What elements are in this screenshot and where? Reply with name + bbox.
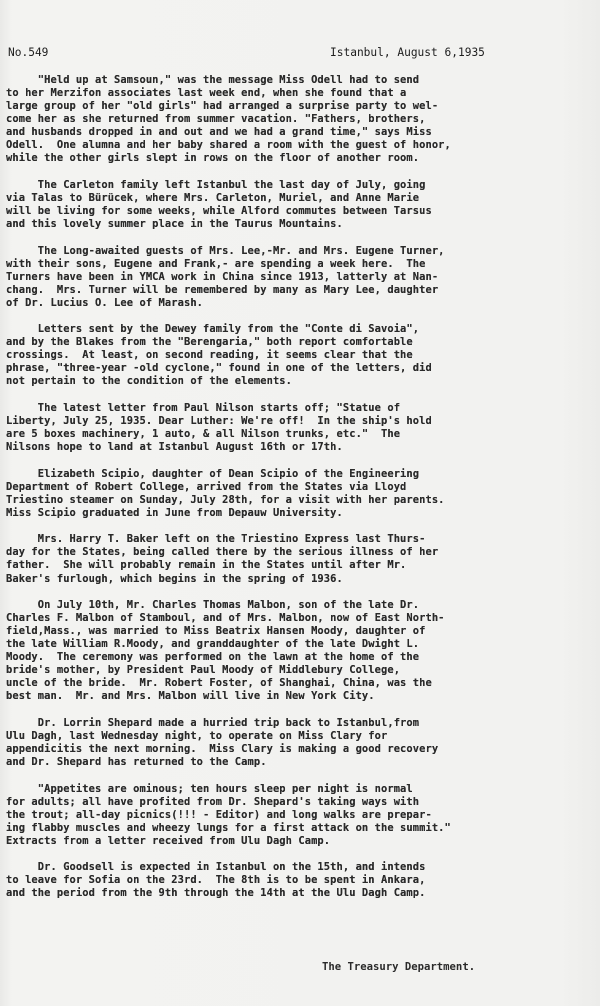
dateline: Istanbul, August 6,1935: [330, 46, 485, 59]
text-line: large group of her "old girls" had arran…: [6, 100, 566, 113]
text-line: Turners have been in YMCA work in China …: [6, 271, 566, 284]
text-line: The latest letter from Paul Nilson start…: [6, 402, 566, 415]
document-number: No.549: [8, 46, 48, 59]
text-line: of Dr. Lucius O. Lee of Marash.: [6, 297, 566, 310]
text-line: and the period from the 9th through the …: [6, 887, 566, 900]
text-line: father. She will probably remain in the …: [6, 559, 566, 572]
text-line: via Talas to Bürücek, where Mrs. Carleto…: [6, 192, 566, 205]
signature: The Treasury Department.: [322, 961, 475, 973]
text-line: Dr. Lorrin Shepard made a hurried trip b…: [6, 717, 566, 730]
paragraph: On July 10th, Mr. Charles Thomas Malbon,…: [6, 599, 566, 703]
paragraph: "Appetites are ominous; ten hours sleep …: [6, 783, 566, 848]
paragraph: Mrs. Harry T. Baker left on the Triestin…: [6, 533, 566, 585]
text-line: while the other girls slept in rows on t…: [6, 152, 566, 165]
text-line: uncle of the bride. Mr. Robert Foster, o…: [6, 677, 566, 690]
paragraph: The latest letter from Paul Nilson start…: [6, 402, 566, 454]
paragraph: Letters sent by the Dewey family from th…: [6, 323, 566, 388]
text-line: Letters sent by the Dewey family from th…: [6, 323, 566, 336]
paragraph: The Long-awaited guests of Mrs. Lee,-Mr.…: [6, 245, 566, 310]
text-line: the trout; all-day picnics(!!! - Editor)…: [6, 809, 566, 822]
text-line: day for the States, being called there b…: [6, 546, 566, 559]
text-line: are 5 boxes machinery, 1 auto, & all Nil…: [6, 428, 566, 441]
text-line: Triestino steamer on Sunday, July 28th, …: [6, 494, 566, 507]
paragraph: Elizabeth Scipio, daughter of Dean Scipi…: [6, 468, 566, 520]
text-line: and Dr. Shepard has returned to the Camp…: [6, 756, 566, 769]
text-line: bride's mother, by President Paul Moody …: [6, 664, 566, 677]
text-line: to her Merzifon associates last week end…: [6, 87, 566, 100]
text-line: Department of Robert College, arrived fr…: [6, 481, 566, 494]
text-line: Mrs. Harry T. Baker left on the Triestin…: [6, 533, 566, 546]
text-line: On July 10th, Mr. Charles Thomas Malbon,…: [6, 599, 566, 612]
text-line: "Appetites are ominous; ten hours sleep …: [6, 783, 566, 796]
text-line: Dr. Goodsell is expected in Istanbul on …: [6, 861, 566, 874]
text-line: "Held up at Samsoun," was the message Mi…: [6, 74, 566, 87]
text-line: appendicitis the next morning. Miss Clar…: [6, 743, 566, 756]
text-line: Ulu Dagh, last Wednesday night, to opera…: [6, 730, 566, 743]
paragraph: "Held up at Samsoun," was the message Mi…: [6, 74, 566, 165]
text-line: Miss Scipio graduated in June from Depau…: [6, 507, 566, 520]
text-line: to leave for Sofia on the 23rd. The 8th …: [6, 874, 566, 887]
text-line: with their sons, Eugene and Frank,- are …: [6, 258, 566, 271]
paragraph: The Carleton family left Istanbul the la…: [6, 179, 566, 231]
text-line: field,Mass., was married to Miss Beatrix…: [6, 625, 566, 638]
typewritten-page: No.549 Istanbul, August 6,1935 "Held up …: [0, 0, 600, 1006]
text-line: crossings. At least, on second reading, …: [6, 349, 566, 362]
text-line: will be living for some weeks, while Alf…: [6, 205, 566, 218]
text-line: The Carleton family left Istanbul the la…: [6, 179, 566, 192]
text-line: Odell. One alumna and her baby shared a …: [6, 139, 566, 152]
text-line: for adults; all have profited from Dr. S…: [6, 796, 566, 809]
text-line: not pertain to the condition of the elem…: [6, 375, 566, 388]
text-line: ing flabby muscles and wheezy lungs for …: [6, 822, 566, 835]
document-header: No.549 Istanbul, August 6,1935: [8, 46, 600, 60]
text-line: Moody. The ceremony was performed on the…: [6, 651, 566, 664]
paragraph: Dr. Goodsell is expected in Istanbul on …: [6, 861, 566, 900]
text-line: Charles F. Malbon of Stamboul, and of Mr…: [6, 612, 566, 625]
text-line: Baker's furlough, which begins in the sp…: [6, 573, 566, 586]
text-line: and by the Blakes from the "Berengaria,"…: [6, 336, 566, 349]
text-line: phrase, "three-year -old cyclone," found…: [6, 362, 566, 375]
text-line: the late William R.Moody, and granddaugh…: [6, 638, 566, 651]
text-line: Liberty, July 25, 1935. Dear Luther: We'…: [6, 415, 566, 428]
text-line: and this lovely summer place in the Taur…: [6, 218, 566, 231]
text-line: Extracts from a letter received from Ulu…: [6, 835, 566, 848]
text-line: and husbands dropped in and out and we h…: [6, 126, 566, 139]
text-line: come her as she returned from summer vac…: [6, 113, 566, 126]
text-line: chang. Mrs. Turner will be remembered by…: [6, 284, 566, 297]
paragraph: Dr. Lorrin Shepard made a hurried trip b…: [6, 717, 566, 769]
document-body: "Held up at Samsoun," was the message Mi…: [6, 74, 566, 914]
text-line: best man. Mr. and Mrs. Malbon will live …: [6, 690, 566, 703]
text-line: Nilsons hope to land at Istanbul August …: [6, 441, 566, 454]
text-line: The Long-awaited guests of Mrs. Lee,-Mr.…: [6, 245, 566, 258]
text-line: Elizabeth Scipio, daughter of Dean Scipi…: [6, 468, 566, 481]
